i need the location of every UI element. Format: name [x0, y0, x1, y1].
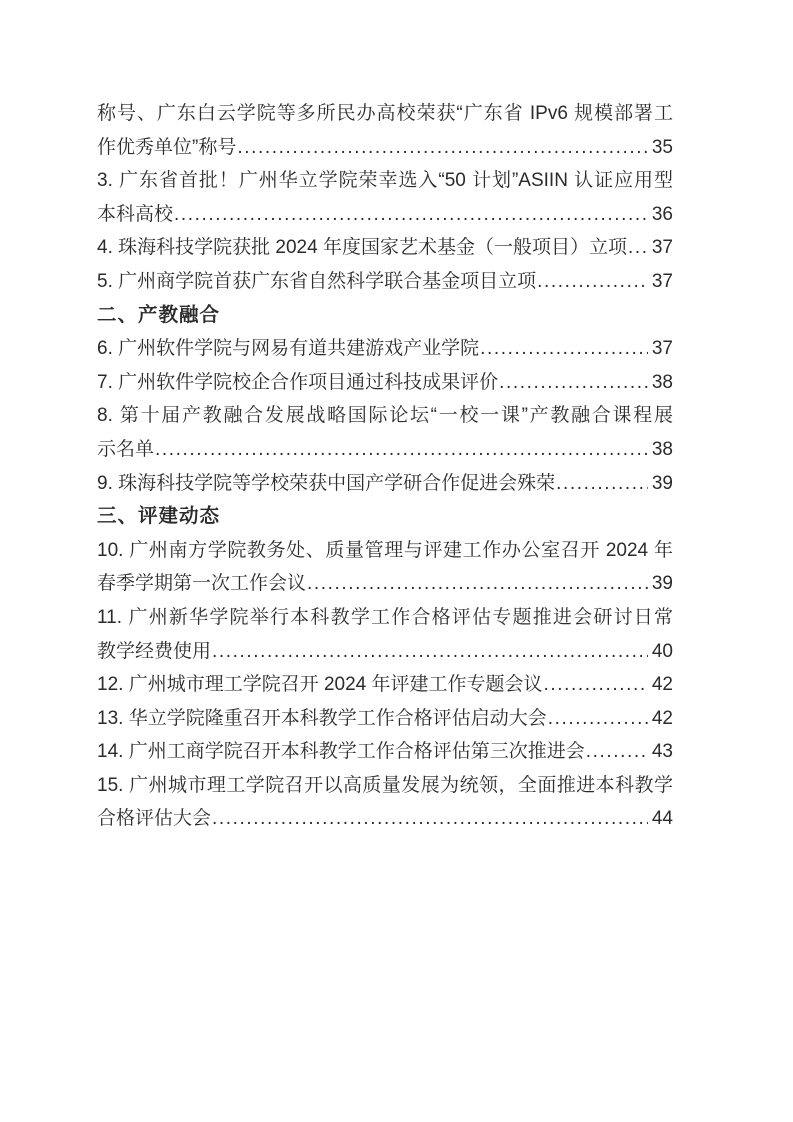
toc-entry-line[interactable]: 作优秀单位”称号35	[97, 131, 673, 165]
toc-entry-line[interactable]: 4. 珠海科技学院获批 2024 年度国家艺术基金（一般项目）立项37	[97, 231, 673, 265]
toc-entry-line[interactable]: 5. 广州商学院首获广东省自然科学联合基金项目立项37	[97, 265, 673, 299]
toc-entry-line[interactable]: 合格评估大会44	[97, 802, 673, 836]
toc-text: 12. 广州城市理工学院召开 2024 年评建工作专题会议	[97, 668, 543, 702]
toc-text: 15. 广州城市理工学院召开以高质量发展为统领，全面推进本科教学	[97, 769, 673, 803]
toc-entry-line[interactable]: 春季学期第一次工作会议39	[97, 567, 673, 601]
toc-entry-line[interactable]: 14. 广州工商学院召开本科教学工作合格评估第三次推进会43	[97, 735, 673, 769]
page-number: 39	[652, 567, 673, 601]
page-number: 37	[652, 332, 673, 366]
toc-text: 6. 广州软件学院与网易有道共建游戏产业学院	[97, 332, 479, 366]
dot-leader	[586, 735, 648, 769]
page-number: 43	[652, 735, 673, 769]
toc-text: 春季学期第一次工作会议	[97, 567, 306, 601]
dot-leader	[212, 802, 648, 836]
toc-entry-line[interactable]: 称号、广东白云学院等多所民办高校荣获“广东省 IPv6 规模部署工	[97, 97, 673, 131]
toc-text: 14. 广州工商学院召开本科教学工作合格评估第三次推进会	[97, 735, 585, 769]
toc-entry-line[interactable]: 12. 广州城市理工学院召开 2024 年评建工作专题会议42	[97, 668, 673, 702]
toc-text: 5. 广州商学院首获广东省自然科学联合基金项目立项	[97, 265, 536, 299]
toc-text: 示名单	[97, 433, 154, 467]
toc-entry-line[interactable]: 示名单38	[97, 433, 673, 467]
dot-leader	[499, 366, 648, 400]
toc-entry-line[interactable]: 教学经费使用40	[97, 635, 673, 669]
toc-entry-line[interactable]: 8. 第十届产教融合发展战略国际论坛“一校一课”产教融合课程展	[97, 399, 673, 433]
document-page: 称号、广东白云学院等多所民办高校荣获“广东省 IPv6 规模部署工作优秀单位”称…	[0, 0, 793, 1122]
page-number: 35	[652, 131, 673, 165]
dot-leader	[212, 635, 648, 669]
toc-text: 二、产教融合	[97, 299, 220, 333]
toc-entry-line[interactable]: 本科高校36	[97, 198, 673, 232]
toc-entry-line[interactable]: 15. 广州城市理工学院召开以高质量发展为统领，全面推进本科教学	[97, 769, 673, 803]
toc-entry-line[interactable]: 9. 珠海科技学院等学校荣获中国产学研合作促进会殊荣39	[97, 467, 673, 501]
toc-entry-line[interactable]: 7. 广州软件学院校企合作项目通过科技成果评价38	[97, 366, 673, 400]
page-number: 44	[652, 802, 673, 836]
toc-text: 称号、广东白云学院等多所民办高校荣获“广东省 IPv6 规模部署工	[97, 97, 673, 131]
toc-entry-line[interactable]: 13. 华立学院隆重召开本科教学工作合格评估启动大会42	[97, 702, 673, 736]
dot-leader	[307, 567, 648, 601]
page-number: 36	[652, 198, 673, 232]
toc-text: 作优秀单位”称号	[97, 131, 236, 165]
toc-text: 8. 第十届产教融合发展战略国际论坛“一校一课”产教融合课程展	[97, 399, 673, 433]
page-number: 39	[652, 467, 673, 501]
dot-leader	[544, 668, 648, 702]
dot-leader	[155, 433, 648, 467]
dot-leader	[628, 231, 648, 265]
toc-entry-line[interactable]: 11. 广州新华学院举行本科教学工作合格评估专题推进会研讨日常	[97, 601, 673, 635]
page-number: 37	[652, 231, 673, 265]
page-number: 38	[652, 433, 673, 467]
toc-text: 教学经费使用	[97, 635, 211, 669]
toc-entry-line[interactable]: 6. 广州软件学院与网易有道共建游戏产业学院37	[97, 332, 673, 366]
dot-leader	[174, 198, 648, 232]
toc-section-heading: 三、评建动态	[97, 500, 673, 534]
toc-text: 合格评估大会	[97, 802, 211, 836]
dot-leader	[537, 265, 648, 299]
page-number: 37	[652, 265, 673, 299]
toc-text: 10. 广州南方学院教务处、质量管理与评建工作办公室召开 2024 年	[97, 534, 673, 568]
toc-text: 三、评建动态	[97, 500, 220, 534]
toc-text: 本科高校	[97, 198, 173, 232]
toc: 称号、广东白云学院等多所民办高校荣获“广东省 IPv6 规模部署工作优秀单位”称…	[97, 97, 673, 836]
toc-text: 3. 广东省首批！广州华立学院荣幸选入“50 计划”ASIIN 认证应用型	[97, 164, 673, 198]
toc-text: 4. 珠海科技学院获批 2024 年度国家艺术基金（一般项目）立项	[97, 231, 627, 265]
toc-text: 11. 广州新华学院举行本科教学工作合格评估专题推进会研讨日常	[97, 601, 673, 635]
page-number: 38	[652, 366, 673, 400]
toc-entry-line[interactable]: 10. 广州南方学院教务处、质量管理与评建工作办公室召开 2024 年	[97, 534, 673, 568]
dot-leader	[237, 131, 648, 165]
dot-leader	[480, 332, 648, 366]
page-number: 40	[652, 635, 673, 669]
page-number: 42	[652, 668, 673, 702]
dot-leader	[556, 467, 648, 501]
toc-text: 7. 广州软件学院校企合作项目通过科技成果评价	[97, 366, 498, 400]
toc-entry-line[interactable]: 3. 广东省首批！广州华立学院荣幸选入“50 计划”ASIIN 认证应用型	[97, 164, 673, 198]
toc-text: 13. 华立学院隆重召开本科教学工作合格评估启动大会	[97, 702, 547, 736]
toc-section-heading: 二、产教融合	[97, 299, 673, 333]
dot-leader	[548, 702, 648, 736]
page-number: 42	[652, 702, 673, 736]
toc-text: 9. 珠海科技学院等学校荣获中国产学研合作促进会殊荣	[97, 467, 555, 501]
